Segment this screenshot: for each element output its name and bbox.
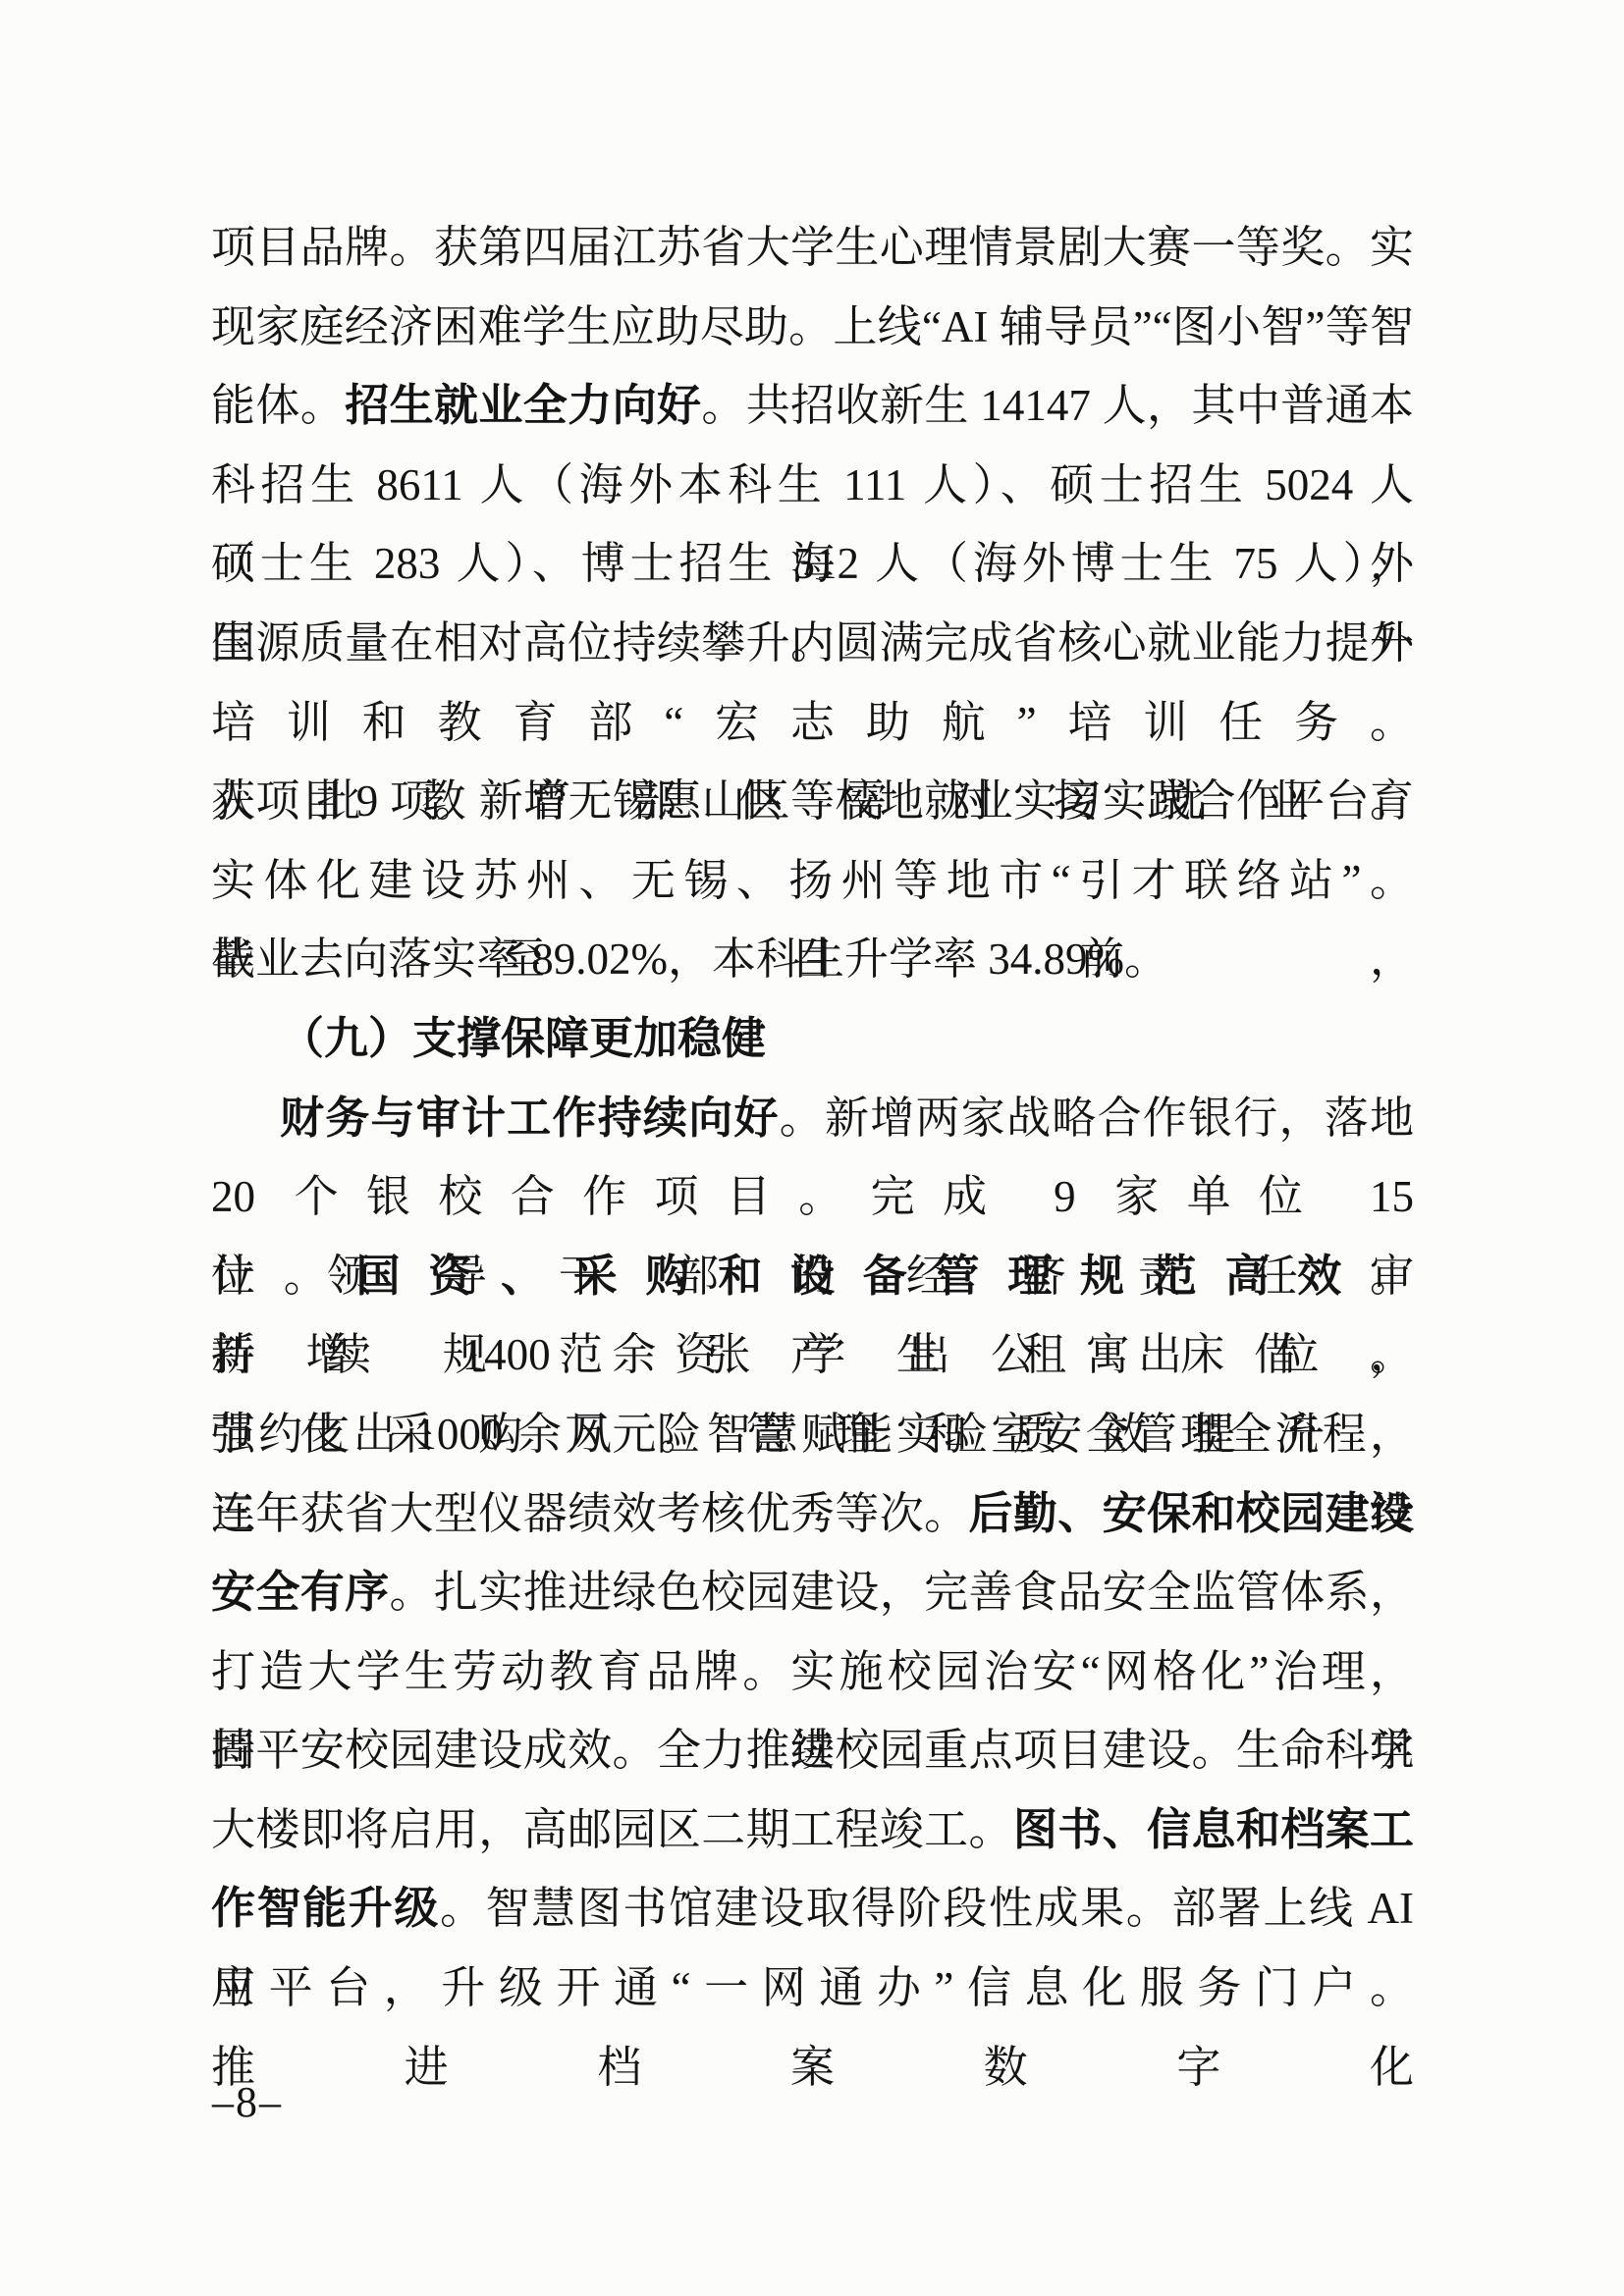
text-line: 能体。招生就业全力向好。共招收新生 14147 人，其中普通本 [211,366,1414,446]
text-line: 大楼即将启用，高邮园区二期工程竣工。图书、信息和档案工 [211,1790,1414,1870]
text-line: 用平台，升级开通“一网通办”信息化服务门户。推进档案数字化 [211,1949,1414,2028]
text-segment-bold: 安全有序 [211,1568,390,1617]
section-heading-nine: （九）支撑保障更加稳健 [211,999,1414,1079]
text-segment-bold: 后勤、安保和校园建设 [969,1489,1414,1538]
text-line: 打造大学生劳动教育品牌。实施校园治安“网格化”治理，持续巩 [211,1632,1414,1712]
text-line: 节约支出 1000 余万元。智慧赋能实验室安全管理全流程，连续 [211,1395,1414,1474]
text-line: 作智能升级。智慧图书馆建设取得阶段性成果。部署上线 AI 应 [211,1869,1414,1949]
text-segment: 现家庭经济困难学生应助尽助。上线“AI 辅导员”“图小智”等智 [211,302,1414,351]
text-segment-bold: 作智能升级 [211,1884,440,1933]
text-segment: 大楼即将启用，高邮园区二期工程竣工。 [211,1805,1013,1854]
text-segment-bold: （九）支撑保障更加稳健 [280,1014,766,1063]
text-segment: 。扎实推进绿色校园建设，完善食品安全监管体系， [390,1568,1414,1617]
text-line: 安全有序。扎实推进绿色校园建设，完善食品安全监管体系， [211,1553,1414,1632]
paragraph-support-guarantee: 财务与审计工作持续向好。新增两家战略合作银行，落地20 个银校合作项目。完成 9… [211,1079,1414,2028]
text-segment-bold: 招生就业全力向好 [345,381,701,430]
paragraph-enrollment: 项目品牌。获第四届江苏省大学生心理情景剧大赛一等奖。实现家庭经济困难学生应助尽助… [211,208,1414,999]
text-line: 实体化建设苏州、无锡、扬州等地市“引才联络站”。截至目前， [211,841,1414,921]
text-segment: 生源质量在相对高位持续攀升。圆满完成省核心就业能力提升 [211,618,1414,667]
text-line: 固平安校园建设成效。全力推进校园重点项目建设。生命科学 [211,1711,1414,1790]
text-line: 科招生 8611 人（海外本科生 111 人）、硕士招生 5024 人（海外 [211,446,1414,525]
text-line: 硕士生 283 人）、博士招生 512 人（海外博士生 75 人），国内外 [211,524,1414,604]
text-line: 计。国资、采购和设备管理规范高效。持续规范资产出租出借， [211,1237,1414,1316]
text-segment: 。共招收新生 14147 人，其中普通本 [701,381,1414,430]
text-line: 生源质量在相对高位持续攀升。圆满完成省核心就业能力提升 [211,604,1414,683]
text-segment: 毕业去向落实率 89.02%，本科生升学率 34.89%。 [211,934,1168,984]
text-segment: 项目品牌。获第四届江苏省大学生心理情景剧大赛一等奖。实 [211,223,1414,272]
document-body: 项目品牌。获第四届江苏省大学生心理情景剧大赛一等奖。实现家庭经济困难学生应助尽助… [211,208,1414,2028]
text-line: 20 个银校合作项目。完成 9 家单位 15 位领导干部的经济责任审 [211,1157,1414,1237]
text-segment: 能体。 [211,381,345,430]
text-segment: 人项目 9 项。新增无锡惠山区等校地就业实习实践合作平台。 [211,776,1414,826]
text-segment: 用平台，升级开通“一网通办”信息化服务门户。推进档案数字化 [211,1963,1414,2092]
text-segment-bold: 财务与审计工作持续向好 [280,1094,780,1143]
text-segment-bold: 国资、采购和设备管理规范高效 [356,1252,1370,1301]
text-segment: 计。 [211,1252,356,1301]
text-line: 三年获省大型仪器绩效考核优秀等次。后勤、安保和校园建设 [211,1474,1414,1554]
text-line: 新增 1400 余张学生公寓床位。强化采购风险管理和质效提升， [211,1315,1414,1395]
text-line: 人项目 9 项。新增无锡惠山区等校地就业实习实践合作平台。 [211,762,1414,841]
text-line: 财务与审计工作持续向好。新增两家战略合作银行，落地 [211,1079,1414,1158]
document-page: 项目品牌。获第四届江苏省大学生心理情景剧大赛一等奖。实现家庭经济困难学生应助尽助… [0,0,1624,2296]
text-segment: 固平安校园建设成效。全力推进校园重点项目建设。生命科学 [211,1726,1414,1775]
text-line: 培训和教育部“宏志助航”培训任务。获批教育部供需对接就业育 [211,683,1414,763]
text-line: （九）支撑保障更加稳健 [211,999,1414,1079]
text-segment: 三年获省大型仪器绩效考核优秀等次。 [211,1489,969,1538]
page-number: –8– [212,2073,283,2132]
text-segment-bold: 图书、信息和档案工 [1013,1805,1414,1854]
text-line: 现家庭经济困难学生应助尽助。上线“AI 辅导员”“图小智”等智 [211,288,1414,367]
text-line: 项目品牌。获第四届江苏省大学生心理情景剧大赛一等奖。实 [211,208,1414,288]
text-segment: 。新增两家战略合作银行，落地 [780,1094,1414,1143]
